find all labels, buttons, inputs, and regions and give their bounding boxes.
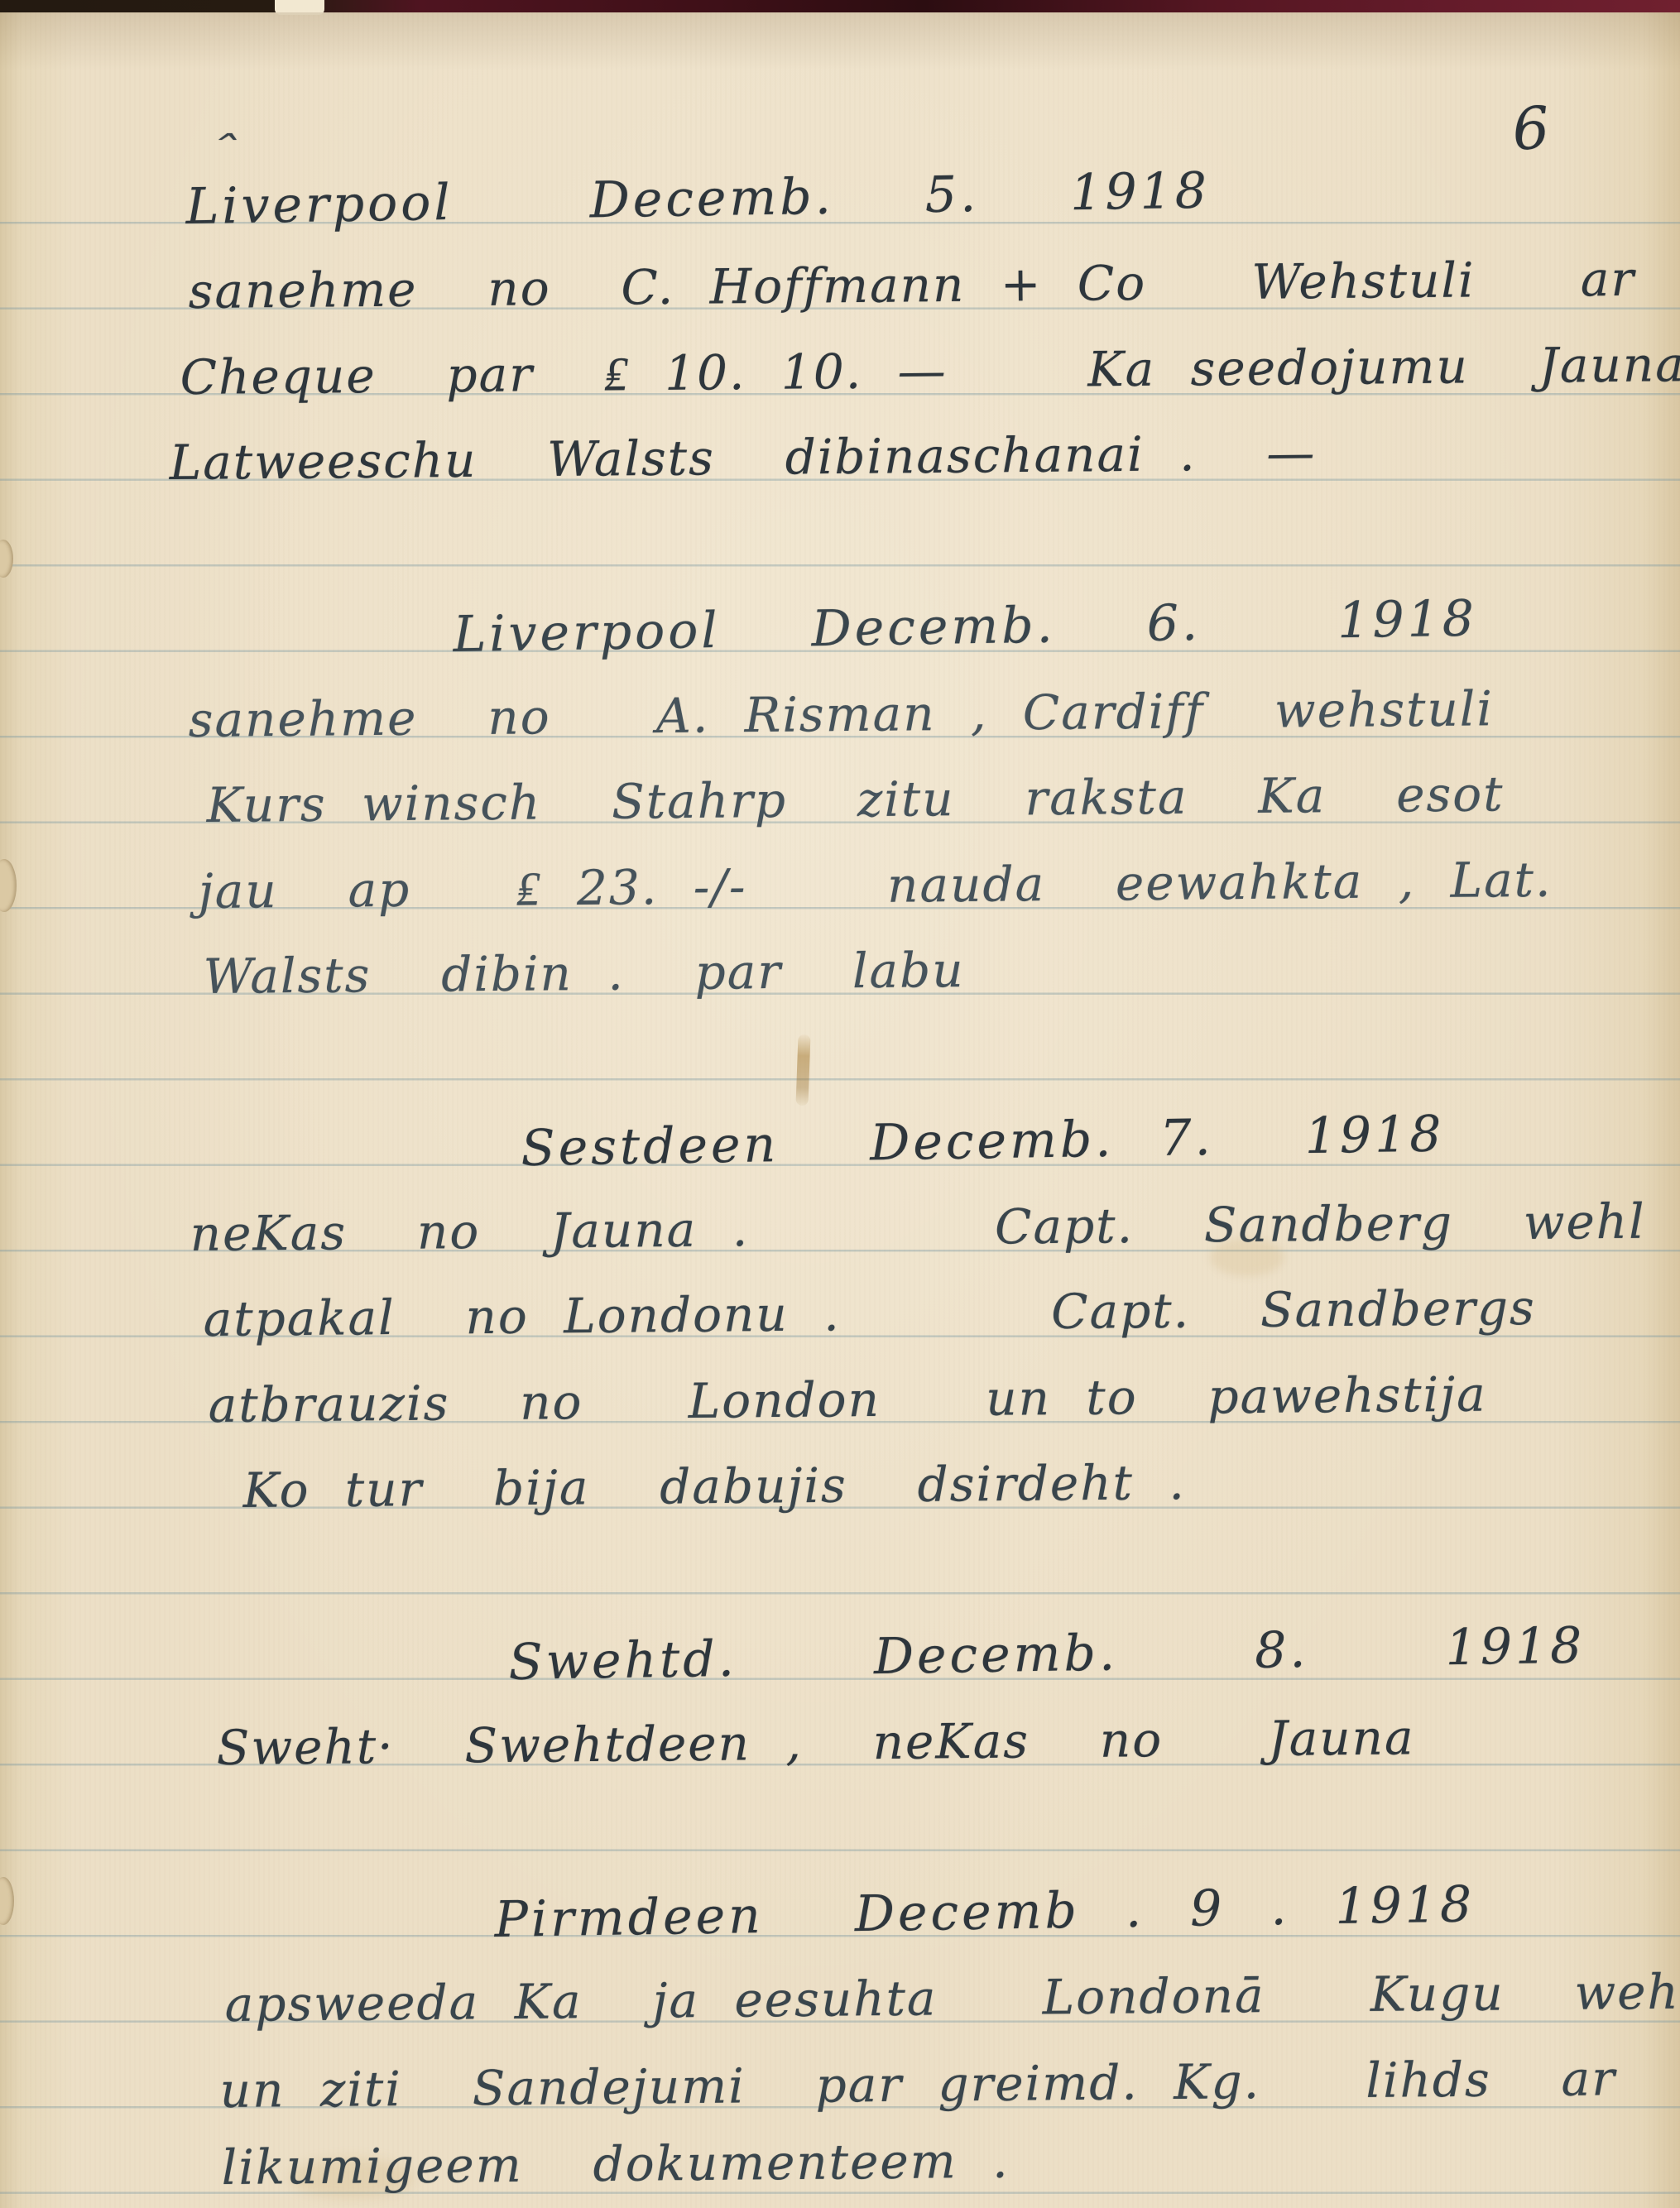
ink-stain	[796, 1034, 811, 1106]
entry-1-line-2: Cheque par ₤ 10. 10. — Ka seedojumu Jaun…	[180, 340, 1680, 401]
left-edge-tear	[0, 1877, 14, 1925]
left-edge-tear	[0, 859, 17, 912]
entry-2-line-2: Kurs winsch Stahrp zitu raksta Ka esot	[206, 770, 1504, 829]
page-top-edge	[0, 0, 1680, 12]
entry-2-line-1: sanehme no A. Risman , Cardiff wehstuli	[188, 684, 1494, 744]
left-edge-tear	[0, 540, 13, 578]
entry-2-line-4: Walsts dibin . par labu	[203, 946, 964, 1001]
entry-1-line-3: Latweeschu Walsts dibinaschanai . —	[169, 429, 1316, 487]
caret-mark: ˆ	[209, 132, 240, 169]
entry-1-line-1: sanehme no C. Hoffmann + Co Wehstuli ar	[188, 255, 1635, 315]
entry-5-heading: Pirmdeen Decemb . 9 . 1918	[494, 1879, 1475, 1945]
entry-3-line-4: Ko tur bija dabujis dsirdeht .	[242, 1458, 1185, 1514]
notebook-page: 6 ˆ Liverpool Decemb. 5. 1918 sanehme no…	[0, 0, 1680, 2208]
entry-2-heading: Liverpool Decemb. 6. 1918	[453, 594, 1477, 660]
top-edge-shadow	[0, 12, 1680, 70]
entry-3-line-3: atbrauzis no London un to pawehstija	[208, 1370, 1486, 1429]
entry-4-heading: Swehtd. Decemb. 8. 1918	[508, 1621, 1586, 1687]
entry-1-heading: Liverpool Decemb. 5. 1918	[185, 166, 1210, 232]
entry-4-line-1: Sweht· Swehtdeen , neKas no Jauna	[216, 1713, 1414, 1772]
entry-5-line-1: apsweeda Ka ja eesuhta Londonā Kugu wehs…	[224, 1966, 1680, 2028]
entry-3-heading: Sestdeen Decemb. 7. 1918	[521, 1109, 1445, 1174]
entry-5-line-2: un ziti Sandejumi par greimd. Kg. lihds …	[219, 2054, 1616, 2114]
entry-2-line-3: jau ap ₤ 23. -/- nauda eewahkta , Lat.	[198, 856, 1552, 915]
page-number: 6	[1510, 98, 1551, 159]
entry-5-line-3: likumigeem dokumenteem .	[221, 2137, 1009, 2191]
top-edge-notch	[275, 0, 324, 15]
entry-3-line-1: neKas no Jauna . Capt. Sandberg wehl naw	[190, 1196, 1680, 1258]
entry-3-line-2: atpakal no Londonu . Capt. Sandbergs	[203, 1284, 1536, 1343]
